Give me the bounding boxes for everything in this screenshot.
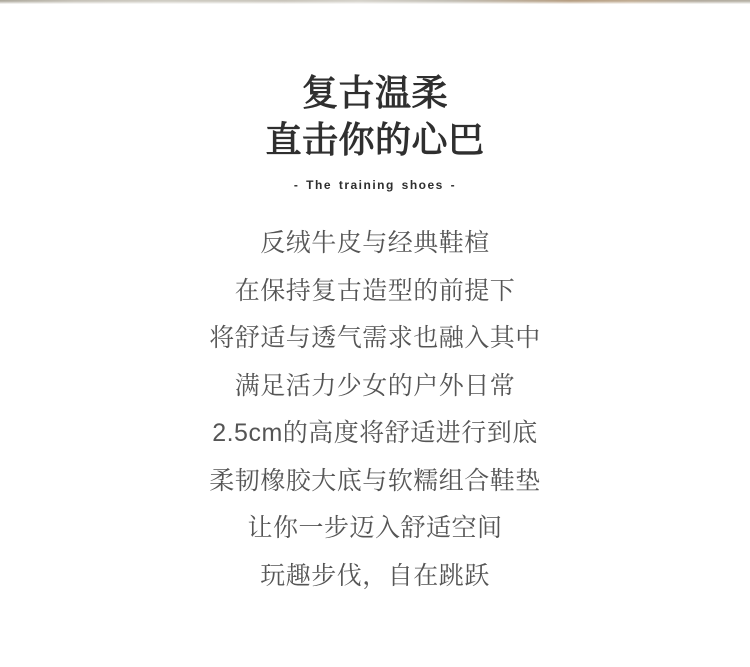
top-image-edge-strip: [0, 0, 750, 4]
english-subtitle: - The training shoes -: [0, 178, 750, 192]
product-intro-header: 复古温柔 直击你的心巴 - The training shoes -: [0, 69, 750, 192]
page-title-line-2: 直击你的心巴: [0, 116, 750, 163]
body-line-8: 玩趣步伐，自在跳跃: [0, 553, 750, 601]
body-line-2: 在保持复古造型的前提下: [0, 268, 750, 316]
page-title-line-1: 复古温柔: [0, 69, 750, 116]
body-line-3: 将舒适与透气需求也融入其中: [0, 315, 750, 363]
body-line-7: 让你一步迈入舒适空间: [0, 505, 750, 553]
body-line-6: 柔韧橡胶大底与软糯组合鞋垫: [0, 458, 750, 506]
product-description: 反绒牛皮与经典鞋楦 在保持复古造型的前提下 将舒适与透气需求也融入其中 满足活力…: [0, 220, 750, 600]
body-line-5: 2.5cm的高度将舒适进行到底: [0, 410, 750, 458]
body-line-4: 满足活力少女的户外日常: [0, 363, 750, 411]
body-line-1: 反绒牛皮与经典鞋楦: [0, 220, 750, 268]
